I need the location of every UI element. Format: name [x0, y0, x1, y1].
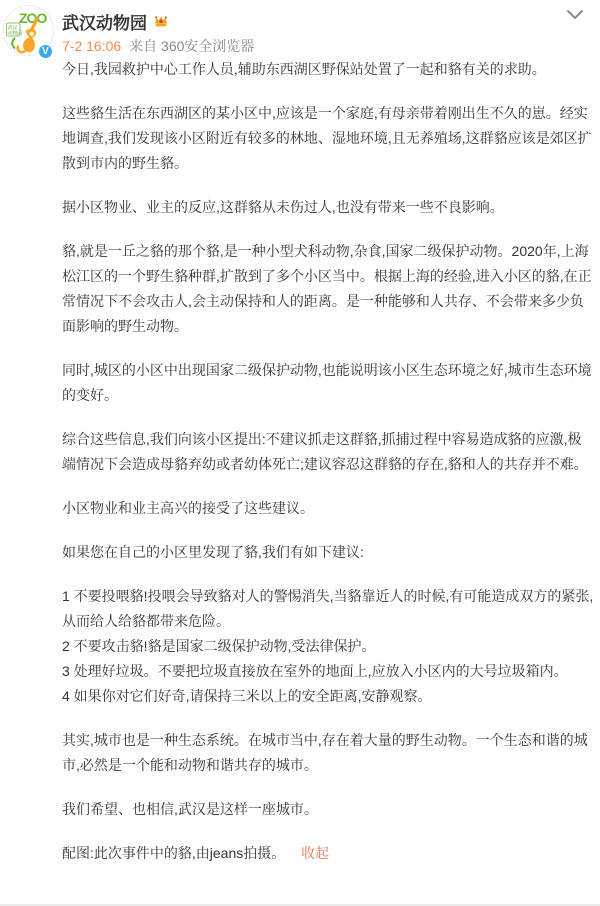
post-paragraph: 今日,我园救护中心工作人员,辅助东西湖区野保站处置了一起和貉有关的求助。: [62, 57, 594, 82]
post-caption-line: 配图:此次事件中的貉,由jeans拍摄。 收起: [62, 841, 594, 866]
chevron-down-icon[interactable]: [564, 6, 586, 24]
post-paragraph: 据小区物业、业主的反应,这群貉从未伤过人,也没有带来一些不良影响。: [62, 195, 594, 220]
weibo-post-card: ZOO 武汉 动物园 V 武汉动物园: [0, 0, 600, 906]
post-content: 今日,我园救护中心工作人员,辅助东西湖区野保站处置了一起和貉有关的求助。 这些貉…: [62, 57, 594, 866]
post-caption: 配图:此次事件中的貉,由jeans拍摄。: [62, 845, 285, 861]
zoo-name-line2: 动物园: [8, 30, 22, 37]
post-list-item: 1 不要投喂貉!投喂会导致貉对人的警惕消失,当貉靠近人的时候,有可能造成双方的紧…: [62, 584, 594, 634]
post-paragraph: 貉,就是一丘之貉的那个貉,是一种小型犬科动物,杂食,国家二级保护动物。2020年…: [62, 239, 594, 339]
vip-crown-icon: [153, 13, 169, 29]
post-paragraph: 如果您在自己的小区里发现了貉,我们有如下建议:: [62, 540, 594, 565]
post-paragraph: 小区物业和业主高兴的接受了这些建议。: [62, 496, 594, 521]
post-paragraph: 综合这些信息,我们向该小区提出:不建议抓走这群貉,抓捕过程中容易造成貉的应激,极…: [62, 427, 594, 477]
post-paragraph: 我们希望、也相信,武汉是这样一座城市。: [62, 797, 594, 822]
post-list-item: 3 处理好垃圾。不要把垃圾直接放在室外的地面上,应放入小区内的大号垃圾箱内。: [62, 659, 594, 684]
post-paragraph: 同时,城区的小区中出现国家二级保护动物,也能说明该小区生态环境之好,城市生态环境…: [62, 358, 594, 408]
post-list-item: 4 如果你对它们好奇,请保持三米以上的安全距离,安静观察。: [62, 684, 594, 709]
verified-letter: V: [42, 47, 49, 57]
post-list-item: 2 不要攻击貉!貉是国家二级保护动物,受法律保护。: [62, 634, 594, 659]
username[interactable]: 武汉动物园: [62, 9, 147, 34]
source-label[interactable]: 来自 360安全浏览器: [129, 36, 254, 56]
advice-list: 1 不要投喂貉!投喂会导致貉对人的警惕消失,当貉靠近人的时候,有可能造成双方的紧…: [62, 584, 594, 709]
post-paragraph: 这些貉生活在东西湖区的某小区中,应该是一个家庭,有母亲带着刚出生不久的崽。经实地…: [62, 101, 594, 176]
avatar[interactable]: ZOO 武汉 动物园 V: [3, 5, 54, 56]
post-header: 武汉动物园: [62, 9, 169, 33]
post-meta: 7-2 16:06 来自 360安全浏览器: [62, 36, 254, 56]
verified-badge-icon: V: [37, 43, 54, 60]
post-paragraph: 其实,城市也是一种生态系统。在城市当中,存在着大量的野生动物。一个生态和谐的城市…: [62, 728, 594, 778]
collapse-link[interactable]: 收起: [301, 845, 329, 861]
timestamp[interactable]: 7-2 16:06: [62, 38, 121, 54]
